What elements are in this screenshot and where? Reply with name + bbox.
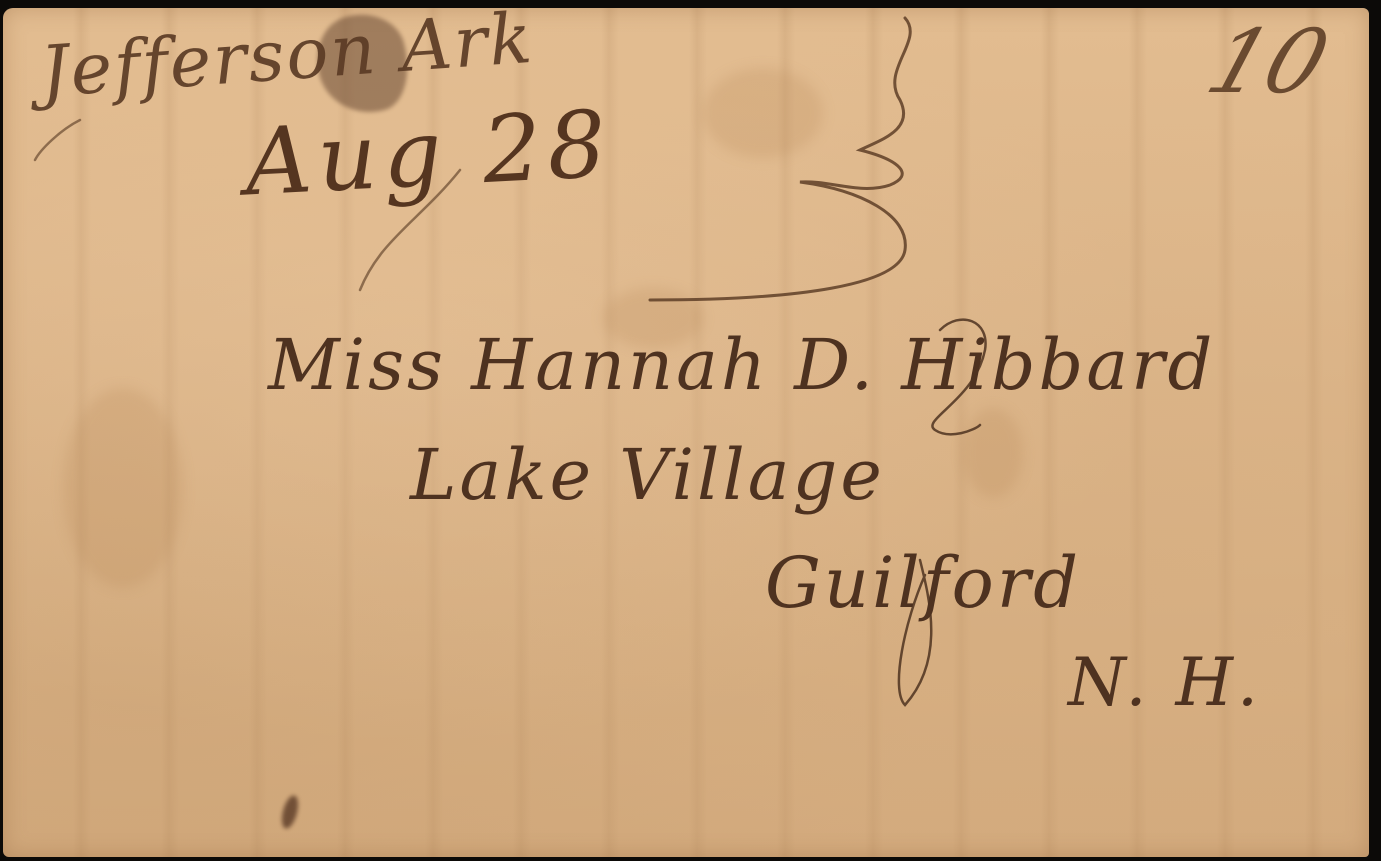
- address-town: Guilford: [765, 548, 1081, 618]
- postmark-date: Aug 28: [243, 98, 614, 209]
- age-stain: [703, 68, 823, 158]
- scan-frame: Jefferson Ark Aug 28 10 Miss Hannah D. H…: [0, 0, 1381, 861]
- age-stain: [63, 388, 183, 588]
- address-state: N. H.: [1068, 650, 1262, 716]
- envelope-cover: [3, 8, 1369, 857]
- addressee-name: Miss Hannah D. Hibbard: [268, 330, 1215, 400]
- address-village: Lake Village: [410, 440, 885, 510]
- age-stain: [963, 408, 1023, 498]
